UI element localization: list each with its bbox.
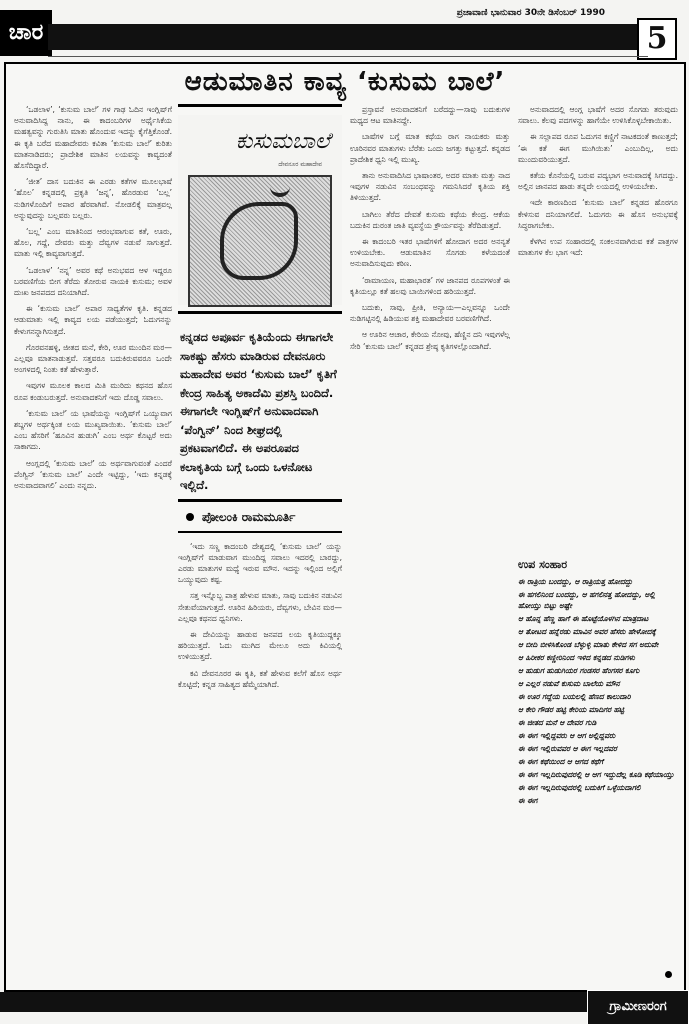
paragraph: ತಾನು ಅನುವಾದಿಸಿದ ಭಾಷಾಂತರ, ಅದರ ಮಾತು ಮತ್ತು … (350, 170, 510, 204)
article-blurb: ಕನ್ನಡದ ಅಪೂರ್ವ ಕೃತಿಯೆಂದು ಈಗಾಗಲೇ ಸಾಕಷ್ಟು ಹ… (178, 322, 342, 499)
paragraph: ಕತೆಯ ಕೊನೆಯಲ್ಲಿ ಬರುವ ಪದ್ಯಭಾಗ ಅನುವಾದಕ್ಕೆ ಸ… (518, 170, 678, 192)
sidebar-line: ಈ ಈಗ ಇಲ್ಲದಿರುವುದರಲ್ಲಿ ಆ ಆಗ ಇದ್ದುದೆಲ್ಲ ಕೂ… (518, 769, 678, 780)
paragraph: ಸತ್ತ ಇನ್ನೊಬ್ಬ ಪಾತ್ರ ಹೇಳುವ ಮಾತು, ಸಾವು ಬದು… (178, 590, 342, 624)
paragraph: ಕೆಳಗಿನ ಉಪ ಸಂಹಾರದಲ್ಲಿ ಸಂಕಲನವಾಗಿರುವ ಕತೆ ಪಾ… (518, 236, 678, 258)
paragraph: ‘ಇದು ಸಣ್ಣ ಕಾದಂಬರಿ ದೇಶ್ಯದಲ್ಲಿ ‘ಕುಸುಮ ಬಾಲೆ… (178, 541, 342, 586)
paragraph: ಆ ಊರಿನ ಆಚಾರ, ಕೇರಿಯ ನೋವು, ಹೆಣ್ಣಿನ ದನಿ ಇವು… (350, 329, 510, 351)
dateline: ಪ್ರಜಾವಾಣಿ ಭಾನುವಾರ 30ನೇ ಡಿಸೆಂಬರ್ 1990 (457, 8, 605, 18)
footer-bar (0, 992, 600, 1012)
book-cover-artwork (188, 175, 332, 307)
article-column-3: ಅನುವಾದದಲ್ಲಿ ಆಂಗ್ಲ ಭಾಷೆಗೆ ಅದರ ಸೊಗಡು ತರುವು… (518, 104, 678, 544)
end-mark-icon (665, 971, 672, 978)
paragraph: ಇದೇ ಕಾರಣದಿಂದ ‘ಕುಸುಮ ಬಾಲೆ’ ಕನ್ನಡದ ಹೊರಗೂ ಕ… (518, 197, 678, 231)
paragraph: ಕವಿ ದೇವನೂರರ ಈ ಕೃತಿ, ಕತೆ ಹೇಳುವ ಕಲೆಗೆ ಹೊಸ … (178, 668, 342, 690)
sidebar-line: ಈ ಈಗ ಇಲ್ಲಿದ್ದವರು ಆ ಆಗ ಅಲ್ಲಿದ್ದವರು (518, 730, 678, 741)
divider (178, 311, 342, 314)
book-cover-author: ದೇವನೂರ ಮಹಾದೇವ (278, 161, 322, 169)
paragraph: ‘ಒಡಲಾಳ’ ‘ನನ್ನ’ ಅವರ ಕಥೆ ಅನುಭವದ ಆಳ ಇದ್ದರೂ … (14, 265, 172, 299)
sidebar-title: ಉಪ ಸಂಹಾರ (518, 558, 678, 572)
page-number: 5 (637, 18, 677, 60)
sidebar-line: ಈ ಈಗ ಇಲ್ಲಿರುವವರ ಆ ಈಗ ಇಲ್ಲದವರ (518, 743, 678, 754)
divider (178, 499, 342, 502)
sidebar-line: ಈ ಈಗ (518, 795, 678, 806)
masthead-bar (48, 24, 648, 50)
paragraph: ಈ ಕಾದಂಬರಿ ಇತರ ಭಾಷೆಗಳಿಗೆ ಹೋದಾಗ ಅದರ ಅನನ್ಯತ… (350, 236, 510, 270)
sidebar-line: ಆ ಹೊನ್ನ ಹೆಣ್ಣ ಹಾಗೆ ಈ ಹೊಟ್ಟೆಯೊಳಗಿನ ಮಾತ್ರದ… (518, 613, 678, 624)
paragraph: ‘ರಾಮಾಯಣ, ಮಹಾಭಾರತ’ ಗಳ ಜಾನಪದ ರೂಪಗಳಂತೆ ಈ ಕೃ… (350, 275, 510, 297)
article-box: ಆಡುಮಾತಿನ ಕಾವ್ಯ ‘ಕುಸುಮ ಬಾಲೆ’ ‘ಒಡಲಾಳ’, ‘ಕು… (4, 62, 686, 992)
bullet-icon (186, 513, 194, 521)
paragraph: ಬಾಷೆಗಳ ಬಗ್ಗೆ ಮಾತ ಕಥೆಯ ರಾಗ ನಾಯಕರು ಮತ್ತು ಊ… (350, 131, 510, 165)
sidebar-line: ಈ ಈಗ ಕಥೆಯಿಂದ ಆ ಆಗದ ಕಥೆಗೆ (518, 756, 678, 767)
sidebar-line: ಆ ಎಲ್ಲರ ನಡುವೆ ಕುಸುಮ ಬಾಲೆಯ ಮೌನ (518, 678, 678, 689)
divider (178, 531, 342, 533)
paragraph: ‘ಕುಸುಮ ಬಾಲೆ’ ಯ ಭಾಷೆಯನ್ನು ಇಂಗ್ಲಿಷ್‌ಗೆ ಒಯ್… (14, 408, 172, 453)
article-column-1: ‘ಒಡಲಾಳ’, ‘ಕುಸುಮ ಬಾಲೆ’ ಗಳ ಗಾಢ ಓದಿನ ಇಂಗ್ಲಿ… (14, 104, 172, 984)
paragraph: ಗೊರವನಹಳ್ಳಿ, ಜೀತದ ಮನೆ, ಕೇರಿ, ಊರ ಮುಂದಿನ ಮರ… (14, 342, 172, 376)
sidebar-line: ಈ ರಾತ್ರಿಯ ಬಂದದ್ದು, ಆ ರಾತ್ರಿಯತ್ತ ಹೋದದ್ದು (518, 576, 678, 587)
paragraph: ಬಾಗಿಲು ತೆರೆದ ದೇವತೆ ಕುಸುಮ ಕಥೆಯ ಕೇಂದ್ರ. ಆಕ… (350, 209, 510, 231)
paragraph: ಆಂಗ್ಲದಲ್ಲಿ ‘ಕುಸುಮ ಬಾಲೆ’ ಯ ಅರ್ಥವಾಗುವಂತೆ ಎ… (14, 458, 172, 492)
article-center-column: ಕುಸುಮಬಾಲೆ ದೇವನೂರ ಮಹಾದೇವ ಕನ್ನಡದ ಅಪೂರ್ವ ಕೃ… (178, 104, 342, 871)
paragraph: ‘ಬಲ್ಲ’ ಎಂಬ ಮಾತಿನಿಂದ ಆರಂಭವಾಗುವ ಕತೆ, ಊರು, … (14, 226, 172, 260)
sidebar-line: ಆ ಬೀದಿ ಬೀಳಿಸಿಕೊಂಡ ಬೆಳ್ಳುಳ್ಳಿ ಮಾತು ಕೇಳಿದ … (518, 639, 678, 650)
sidebar-line: ಈ ಈಗ ಇಲ್ಲದಿರುವುದರಲ್ಲಿ ಬದುಕಿಗೆ ಒಳ್ಳೆಯದಾಗಲ… (518, 782, 678, 793)
article-column-2: ಪ್ರಸ್ತಾವನೆ ಅನುವಾದಕನಿಗೆ ಬರೆದದ್ದು—ಸಾವು ಬದು… (350, 104, 510, 984)
divider (178, 104, 342, 107)
paragraph: ಪ್ರಸ್ತಾವನೆ ಅನುವಾದಕನಿಗೆ ಬರೆದದ್ದು—ಸಾವು ಬದು… (350, 104, 510, 126)
sidebar-line: ಈ ಊರ ಗದ್ದೆಯ ಬಯಲಲ್ಲಿ ಹೆಣದ ಕಾಲುದಾರಿ (518, 691, 678, 702)
sidebar-line: ಆ ಕೇರಿ ಗೌಡರ ಹಟ್ಟಿ ಕೇರಿಯ ಮಾದಿಗರ ಹಟ್ಟಿ (518, 704, 678, 715)
sidebar-line: ಆ ಹುಡುಗ ಹುಡುಗಿಯರ ಗಂಡಸರ ಹೆಂಗಸರ ಕೂಗು (518, 665, 678, 676)
paragraph: ಅನುವಾದದಲ್ಲಿ ಆಂಗ್ಲ ಭಾಷೆಗೆ ಅದರ ಸೊಗಡು ತರುವು… (518, 104, 678, 126)
paragraph: ‘ಜೀತ’ ದಾಸ ಬದುಕಿನ ಈ ಎರಡು ಕತೆಗಳ ಮೂಲಭಾಷೆ ‘ಹ… (14, 176, 172, 221)
byline: ಪೋಲಂಕಿ ರಾಮಮೂರ್ತಿ (186, 510, 342, 525)
sidebar-line: ಆ ತೋಟದ ಹನ್ನೆರಡು ಮಾವಿನ ಅವರ ಹೆಸರು ಹೇಳೋದಕ್ಕ… (518, 626, 678, 637)
section-tab: ಚಾರ (0, 10, 52, 56)
paragraph: ಇವುಗಳ ಮೂಲಕ ಕಾಲದ ಮಿತಿ ಮುರಿದು ಕಥನದ ಹೊಸ ರೂಪ… (14, 380, 172, 402)
article-headline: ಆಡುಮಾತಿನ ಕಾವ್ಯ ‘ಕುಸುಮ ಬಾಲೆ’ (6, 64, 684, 98)
paragraph: ಈ ‘ಕುಸುಮ ಬಾಲೆ’ ಅಪಾರ ಸಾಧ್ಯತೆಗಳ ಕೃತಿ. ಕನ್ನ… (14, 303, 172, 337)
sidebar-line: ಈ ಹಗಲಿನಿಂದ ಬಂದದ್ದು, ಆ ಹಗಲಿನತ್ತ ಹೋದದ್ದು, … (518, 589, 678, 611)
sidebar-lines: ಈ ರಾತ್ರಿಯ ಬಂದದ್ದು, ಆ ರಾತ್ರಿಯತ್ತ ಹೋದದ್ದು … (518, 576, 678, 806)
paragraph: ಈ ಸಲ್ಲಾಪದ ರೂಪ ಓದುಗನ ಕಣ್ಣಿಗೆ ನಾಟಕದಂತೆ ಕಾಣ… (518, 131, 678, 165)
paragraph: ಈ ದೇವಿಯನ್ನು ಹಾಡುವ ಜನಪದ ಲಯ ಕೃತಿಯುದ್ದಕ್ಕೂ … (178, 629, 342, 663)
footer-section-tab: ಗ್ರಾಮೀಣರಂಗ (587, 990, 689, 1024)
masthead-rule (48, 56, 648, 57)
book-cover-title: ಕುಸುಮಬಾಲೆ (236, 129, 330, 154)
sidebar-line: ಆ ಹಿರೀಕರ ಕಣ್ಣೀರಿನಿಂದ ಇಳಿದ ಕನ್ನಡದ ನುಡಿಗಳು (518, 652, 678, 663)
sidebar-line: ಈ ಜೀತದ ಮನೆ ಆ ದೇವರ ಗುಡಿ (518, 717, 678, 728)
epilogue-sidebar: ಉಪ ಸಂಹಾರ ಈ ರಾತ್ರಿಯ ಬಂದದ್ದು, ಆ ರಾತ್ರಿಯತ್ತ… (518, 558, 678, 982)
center-body-text: ‘ಇದು ಸಣ್ಣ ಕಾದಂಬರಿ ದೇಶ್ಯದಲ್ಲಿ ‘ಕುಸುಮ ಬಾಲೆ… (178, 541, 342, 871)
paragraph: ‘ಒಡಲಾಳ’, ‘ಕುಸುಮ ಬಾಲೆ’ ಗಳ ಗಾಢ ಓದಿನ ಇಂಗ್ಲಿ… (14, 104, 172, 171)
author-name: ಪೋಲಂಕಿ ರಾಮಮೂರ್ತಿ (202, 510, 295, 524)
paragraph: ಬದುಕು, ಸಾವು, ಪ್ರೀತಿ, ಅನ್ಯಾಯ—ಎಲ್ಲವನ್ನೂ ಒಂ… (350, 302, 510, 324)
book-cover-image: ಕುಸುಮಬಾಲೆ ದೇವನೂರ ಮಹಾದೇವ (178, 115, 342, 305)
